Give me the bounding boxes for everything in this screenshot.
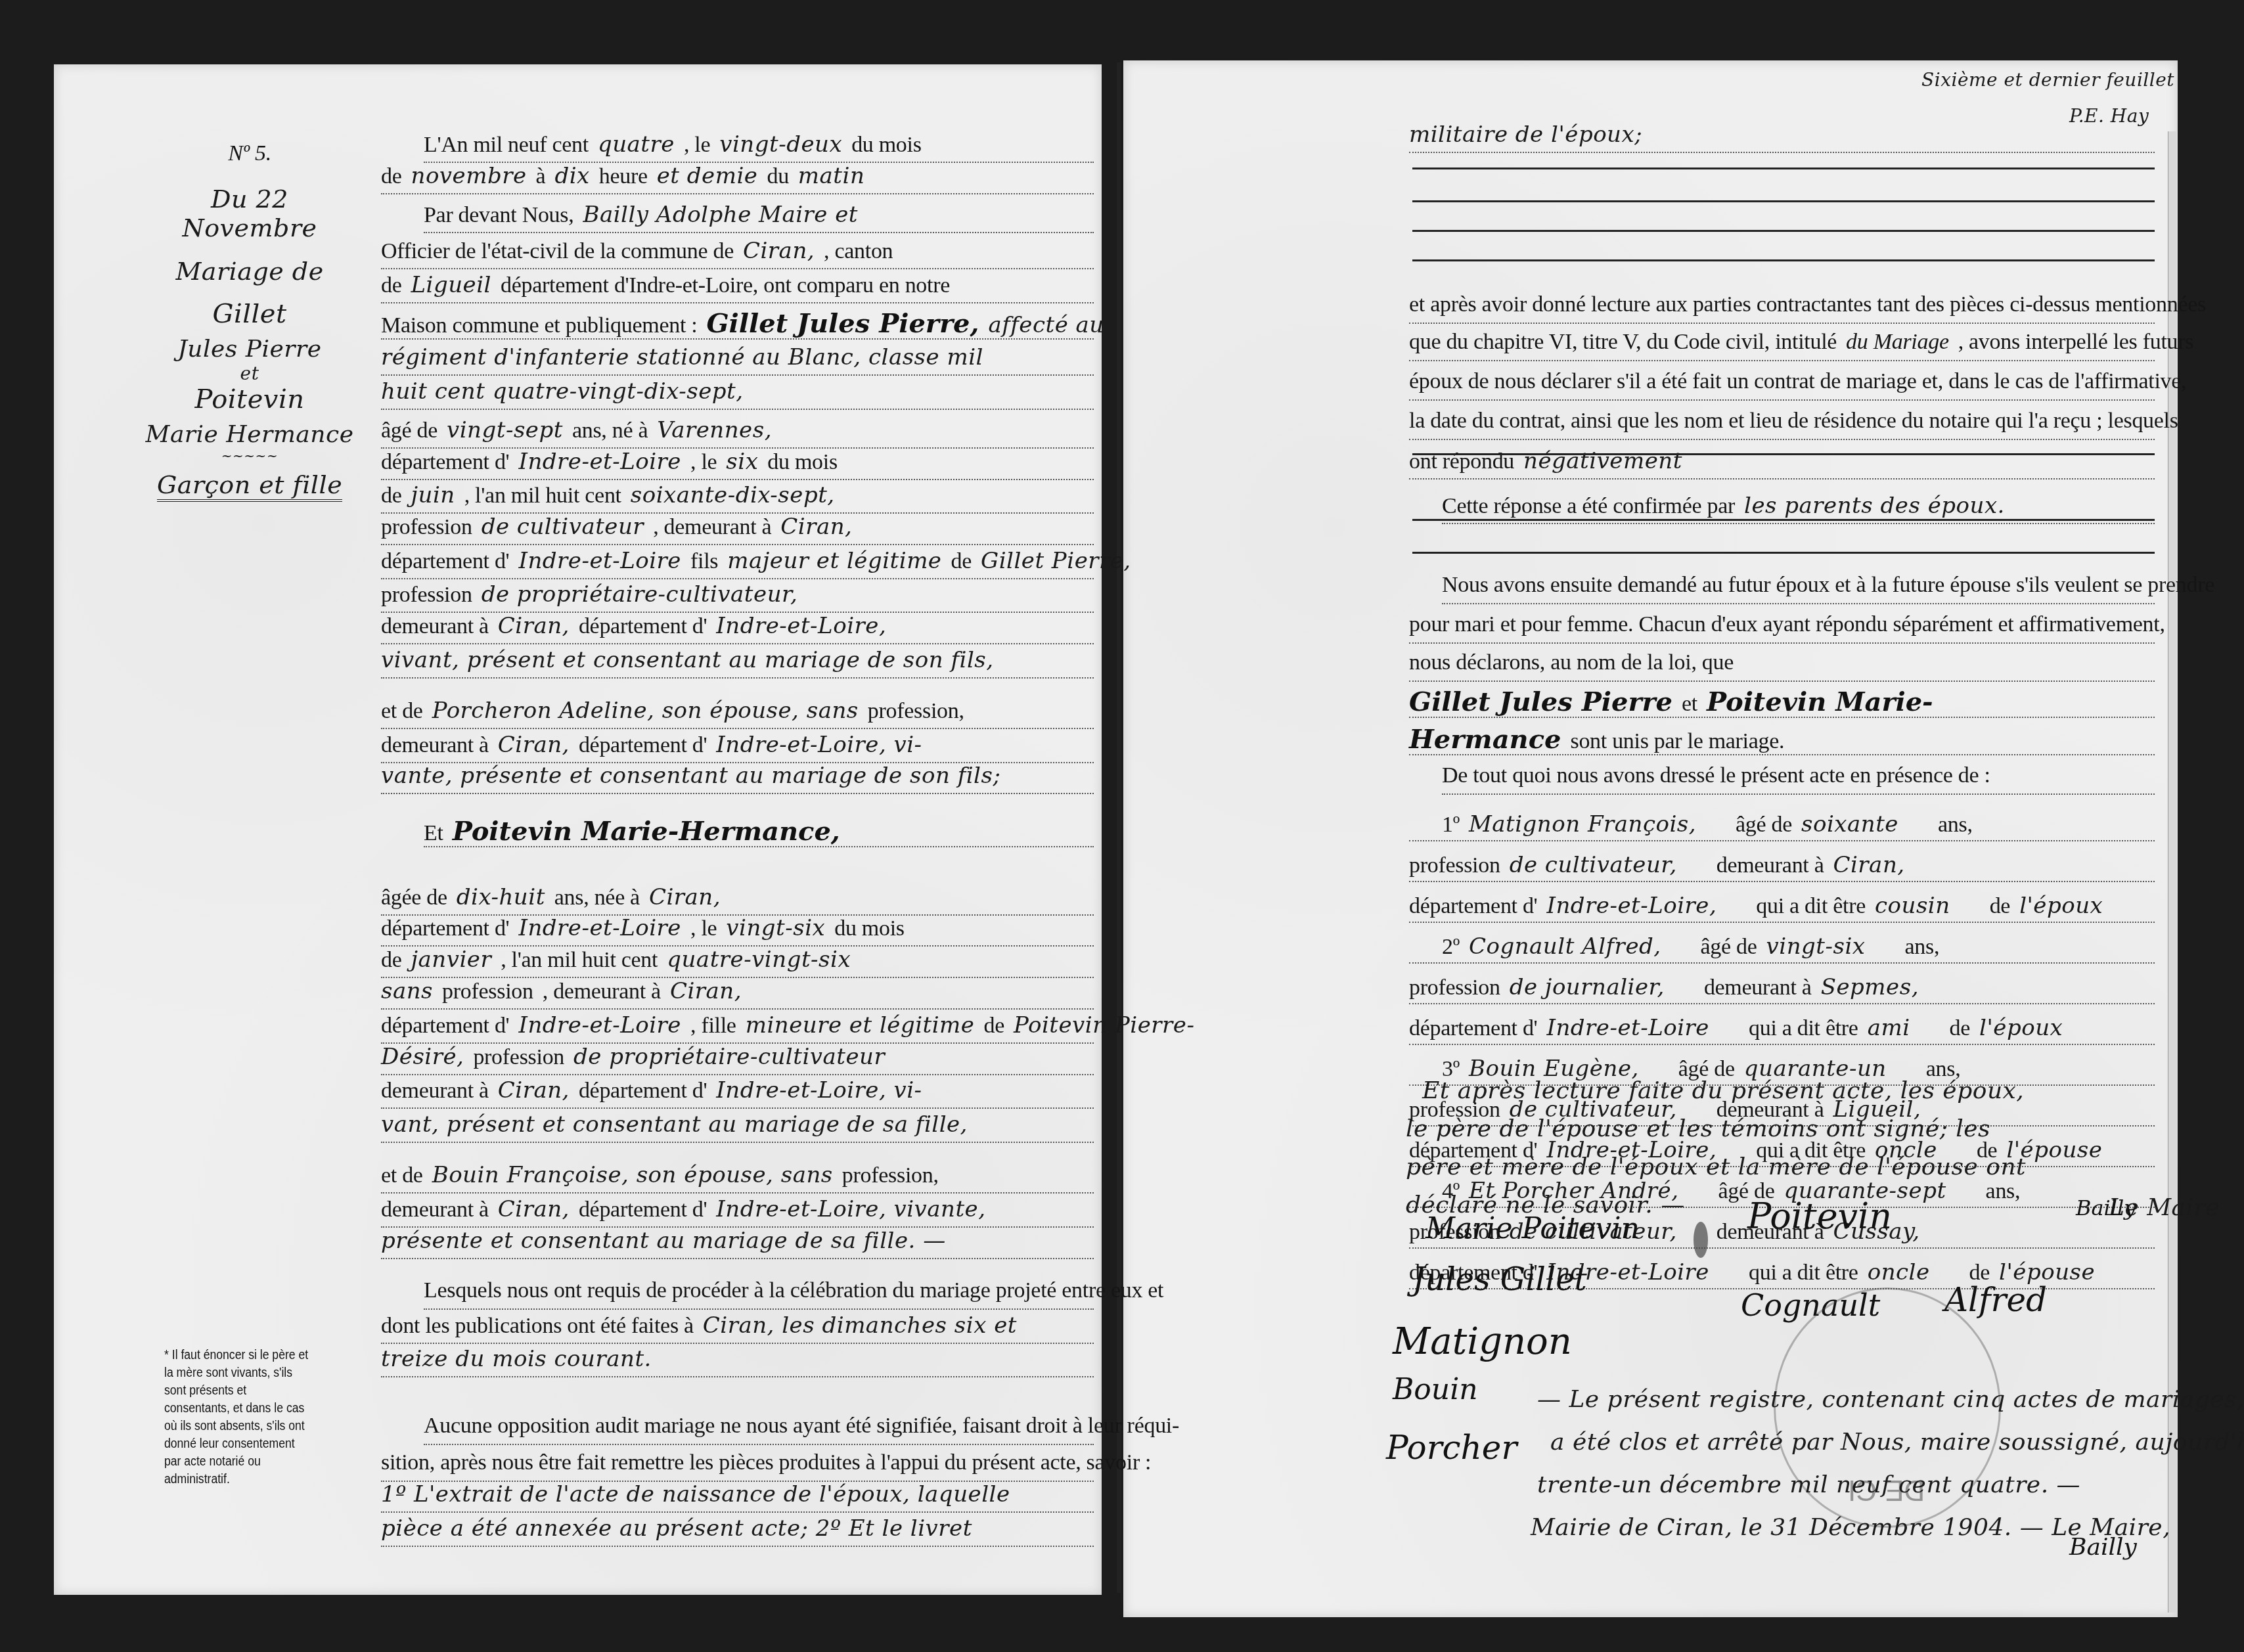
witness-profession: de cultivateur,	[1510, 852, 1677, 878]
printed-text: département d'	[579, 733, 707, 757]
dotted-guide	[381, 1258, 1094, 1259]
blank-rule	[1412, 552, 2155, 554]
form-line: Lesquels nous ont requis de procéder à l…	[424, 1278, 1173, 1303]
signature-jules-gillet: Jules Gillet	[1412, 1261, 1587, 1298]
dotted-guide	[424, 1308, 1094, 1310]
form-line: département d'Indre-et-Loire, lesixdu mo…	[381, 449, 847, 475]
witness-name: Matignon François,	[1469, 811, 1696, 837]
printed-text: âgée de	[381, 885, 447, 910]
form-line: régiment d'infanterie stationné au Blanc…	[381, 344, 993, 370]
printed-text: du mois	[834, 916, 905, 941]
form-line: demeurant àCiran,département d'Indre-et-…	[381, 1077, 931, 1104]
handwritten-entry: Indre-et-Loire, vi-	[716, 1077, 922, 1104]
handwritten-entry: vingt-six	[726, 915, 825, 941]
dotted-guide	[1409, 840, 2155, 841]
handwritten-entry: négativement	[1523, 448, 1682, 474]
handwritten-entry: régiment d'infanterie stationné au Blanc…	[381, 344, 983, 370]
handwritten-entry: soixante-dix-sept,	[631, 482, 835, 508]
dotted-guide	[381, 268, 1094, 269]
handwritten-entry: militaire de l'époux;	[1409, 122, 1642, 148]
witness-row: professionde journalier,demeurant àSepme…	[1409, 974, 1958, 1000]
dotted-guide	[1409, 478, 2155, 480]
margin-conjunction: et	[145, 363, 355, 384]
handwritten-entry: six	[726, 449, 758, 475]
label: département d'	[1409, 894, 1537, 918]
printed-text: de	[381, 948, 402, 972]
handwritten-entry: de propriétaire-cultivateur,	[482, 581, 798, 608]
handwritten-entry: Indre-et-Loire, vivante,	[716, 1196, 985, 1222]
dotted-guide	[1409, 323, 2155, 324]
printed-text: dont les publications ont été faites à	[381, 1314, 694, 1338]
handwritten-entry: Varennes,	[657, 417, 772, 443]
blank-rule	[1412, 259, 2155, 261]
form-line: denovembreàdixheureet demiedumatin	[381, 163, 874, 189]
printed-text: profession,	[842, 1163, 939, 1188]
closing-line: Et après lecture faite du présent acte, …	[1422, 1077, 2024, 1104]
witness-row: 2ºCognault Alfred,âgé devingt-sixans,	[1442, 933, 1948, 960]
label: ans,	[1938, 813, 1973, 837]
label: demeurant à	[1704, 975, 1812, 1000]
margin-title: Mariage de	[145, 257, 355, 286]
printed-text: sition, après nous être fait remettre le…	[381, 1450, 1151, 1475]
printed-text: , l'an mil huit cent	[501, 948, 658, 972]
label: qui a dit être	[1749, 1016, 1858, 1040]
form-line: Aucune opposition audit mariage ne nous …	[424, 1414, 1188, 1439]
printed-text: , demeurant à	[543, 979, 661, 1004]
dotted-guide	[381, 302, 1094, 303]
witness-relation-of: l'époux	[1979, 1015, 2063, 1041]
handwritten-entry: janvier	[411, 947, 492, 973]
handwritten-entry: quatre-vingt-six	[667, 947, 851, 973]
witness-residence: Sepmes,	[1821, 974, 1919, 1000]
printed-text: département d'	[381, 549, 509, 573]
label: ans,	[1904, 935, 1939, 959]
form-line: Hermancesont unis par le mariage.	[1409, 724, 1793, 755]
form-line: que du chapitre VI, titre V, du Code civ…	[1409, 330, 2203, 355]
handwritten-entry: majeur et légitime	[727, 548, 941, 574]
printed-text: du Mariage	[1846, 330, 1949, 354]
handwritten-entry: présente et consentant au mariage de sa …	[381, 1228, 946, 1254]
printed-text: ans, née à	[554, 885, 640, 910]
handwritten-entry: vante, présente et consentant au mariage…	[381, 763, 1000, 789]
printed-text: du mois	[851, 133, 922, 157]
dotted-guide	[381, 677, 1094, 679]
final-signature-bailly: Bailly	[2069, 1534, 2137, 1561]
printed-text: nous déclarons, au nom de la loi, que	[1409, 650, 1734, 675]
form-line: sition, après nous être fait remettre le…	[381, 1450, 1160, 1475]
witness-name: Cognault Alfred,	[1469, 933, 1661, 960]
printed-text: la date du contrat, ainsi que les nom et…	[1409, 409, 2178, 433]
form-line: présente et consentant au mariage de sa …	[381, 1228, 955, 1254]
witness-number: 2º	[1442, 935, 1460, 959]
printed-text: profession,	[868, 699, 964, 723]
closing-line: le père de l'épouse et les témoins ont s…	[1406, 1115, 1990, 1142]
ink-blot	[1694, 1222, 1708, 1258]
form-line: la date du contrat, ainsi que les nom et…	[1409, 409, 2188, 434]
form-line: demeurant àCiran,département d'Indre-et-…	[381, 613, 895, 639]
handwritten-entry: Ciran,	[670, 978, 742, 1004]
form-line: deLigueildépartement d'Indre-et-Loire, o…	[381, 272, 959, 298]
signature-marie-poitevin: Marie Poitevin	[1425, 1212, 1640, 1245]
dotted-guide	[424, 232, 1094, 233]
printed-text: Aucune opposition audit mariage ne nous …	[424, 1414, 1179, 1438]
printed-text: du mois	[767, 450, 838, 474]
handwritten-entry: Gillet Jules Pierre,	[706, 308, 979, 339]
form-line: Officier de l'état-civil de la commune d…	[381, 238, 902, 264]
handwritten-entry: juin	[411, 482, 455, 508]
dotted-guide	[381, 728, 1094, 729]
printed-text: demeurant à	[381, 1079, 489, 1103]
dotted-guide	[381, 1511, 1094, 1513]
printed-text: profession	[381, 515, 472, 539]
witness-department: Indre-et-Loire	[1546, 1015, 1709, 1041]
printed-text: De tout quoi nous avons dressé le présen…	[1442, 763, 1990, 788]
dotted-guide	[1409, 962, 2155, 964]
dotted-guide	[1409, 922, 2155, 923]
handwritten-entry: Ciran, les dimanches six et	[703, 1312, 1017, 1339]
dotted-guide	[1409, 399, 2155, 401]
margin-date: Du 22 Novembre	[145, 185, 355, 242]
dotted-guide	[1409, 717, 2155, 718]
form-line: dejuin, l'an mil huit centsoixante-dix-s…	[381, 482, 844, 508]
handwritten-entry: Indre-et-Loire,	[716, 613, 886, 639]
printed-text: demeurant à	[381, 1197, 489, 1222]
handwritten-entry: Indre-et-Loire, vi-	[716, 732, 922, 758]
form-line: demeurant àCiran,département d'Indre-et-…	[381, 1196, 995, 1222]
dotted-guide	[381, 409, 1094, 410]
margin-bride-given: Marie Hermance	[145, 421, 355, 448]
footnote: * Il faut énoncer si le père et la mère …	[164, 1347, 315, 1488]
form-line: De tout quoi nous avons dressé le présen…	[1442, 763, 2000, 788]
form-line: 1º L'extrait de l'acte de naissance de l…	[381, 1481, 1020, 1507]
margin-groom-surname: Gillet	[145, 299, 355, 329]
printed-text: de	[951, 549, 972, 573]
form-line: pour mari et pour femme. Chacun d'eux ay…	[1409, 612, 2174, 637]
dotted-guide	[381, 1192, 1094, 1194]
corner-note: Sixième et dernier feuillet	[1921, 69, 2174, 91]
printed-text: département d'	[381, 450, 509, 474]
witness-relation: ami	[1868, 1015, 1910, 1041]
dotted-guide	[381, 1546, 1094, 1547]
handwritten-entry: Poitevin Pierre-	[1014, 1012, 1194, 1038]
dotted-guide	[1442, 603, 2155, 604]
label: qui a dit être	[1756, 894, 1866, 918]
form-line: professionde cultivateur, demeurant àCir…	[381, 514, 861, 540]
printed-text: demeurant à	[381, 614, 489, 638]
dotted-guide	[381, 578, 1094, 579]
printed-text: L'An mil neuf cent	[424, 133, 589, 157]
printed-text: Officier de l'état-civil de la commune d…	[381, 239, 734, 263]
witness-age: soixante	[1801, 811, 1898, 837]
printed-text: Lesquels nous ont requis de procéder à l…	[424, 1278, 1163, 1303]
handwritten-entry: pièce a été annexée au présent acte; 2º …	[381, 1515, 972, 1542]
form-line: vante, présente et consentant au mariage…	[381, 763, 1010, 789]
handwritten-entry: Indre-et-Loire	[518, 915, 681, 941]
printed-text: département d'	[381, 1014, 509, 1038]
handwritten-entry: 1º L'extrait de l'acte de naissance de l…	[381, 1481, 1010, 1507]
handwritten-entry: affecté au	[988, 312, 1104, 338]
dotted-guide	[1409, 360, 2155, 361]
form-line: L'An mil neuf centquatre, levingt-deuxdu…	[424, 131, 931, 158]
printed-text: Cette réponse a été confirmée par	[1442, 494, 1735, 518]
printed-text: de	[381, 164, 402, 189]
handwritten-entry: Poitevin Marie-Hermance,	[453, 816, 840, 847]
printed-text: Par devant Nous,	[424, 203, 573, 227]
printed-text: et de	[381, 1163, 423, 1188]
printed-text: du	[767, 164, 788, 189]
printed-text: de	[381, 273, 402, 298]
form-line: Désiré,professionde propriétaire-cultiva…	[381, 1044, 894, 1070]
form-line: âgée dedix-huitans, née àCiran,	[381, 884, 730, 910]
dotted-guide	[424, 1444, 1094, 1445]
dotted-guide	[1409, 642, 2155, 644]
printed-text: et	[1682, 692, 1697, 716]
handwritten-entry: Ligueil	[411, 272, 491, 298]
dotted-guide	[381, 1343, 1094, 1344]
handwritten-entry: et demie	[657, 163, 758, 189]
dotted-guide	[381, 1107, 1094, 1109]
dotted-guide	[381, 1142, 1094, 1143]
form-line: militaire de l'époux;	[1409, 122, 1651, 148]
handwritten-entry: Bouin Françoise, son épouse, sans	[432, 1162, 833, 1188]
closing-line: père et mère de l'époux et la mère de l'…	[1406, 1153, 2026, 1180]
printed-text: et après avoir donné lecture aux parties…	[1409, 292, 2206, 317]
printed-text: de	[983, 1014, 1004, 1038]
witness-row: département d'Indre-et-Loire,qui a dit ê…	[1409, 893, 2142, 919]
handwritten-entry: novembre	[411, 163, 527, 189]
printed-text: ans, né à	[572, 418, 648, 443]
printed-text: Nous avons ensuite demandé au futur épou…	[1442, 573, 2214, 597]
printed-text: à	[536, 164, 546, 189]
dotted-guide	[1442, 523, 2155, 524]
printed-text: et de	[381, 699, 423, 723]
printed-text: Et	[424, 821, 443, 845]
handwritten-entry: Gillet Jules Pierre	[1409, 686, 1672, 717]
form-line: Par devant Nous,Bailly Adolphe Maire et	[424, 202, 867, 228]
form-line: vivant, présent et consentant au mariage…	[381, 647, 1003, 673]
handwritten-entry: les parents des époux.	[1744, 493, 2005, 519]
printed-text: , canton	[824, 239, 893, 263]
printed-text: âgé de	[381, 418, 438, 443]
handwritten-entry: Porcheron Adeline, son épouse, sans	[432, 698, 859, 724]
dotted-guide	[1442, 793, 2155, 795]
witness-number: 1º	[1442, 813, 1460, 837]
handwritten-entry: vivant, présent et consentant au mariage…	[381, 647, 994, 673]
form-line: demeurant àCiran,département d'Indre-et-…	[381, 732, 931, 758]
printed-text: département d'	[381, 916, 509, 941]
margin-groom-given: Jules Pierre	[145, 336, 355, 363]
register-closing-line: trente-un décembre mil neuf cent quatre.…	[1537, 1471, 2080, 1498]
printed-text: , fille	[690, 1014, 736, 1038]
dotted-guide	[381, 1074, 1094, 1075]
signature-matignon: Matignon	[1393, 1320, 1572, 1363]
dotted-guide	[381, 374, 1094, 376]
printed-text: profession	[381, 583, 472, 607]
label: âgé de	[1701, 935, 1757, 959]
handwritten-entry: sans	[381, 978, 433, 1004]
form-line: Nous avons ensuite demandé au futur épou…	[1442, 573, 2224, 598]
margin-entry: Nº 5. Du 22 Novembre Mariage de Gillet J…	[145, 141, 355, 502]
label: profession	[1409, 853, 1500, 878]
blank-rule	[1412, 519, 2155, 521]
margin-status: Garçon et fille	[157, 470, 342, 502]
blank-rule	[1412, 453, 2155, 455]
blank-rule	[1412, 167, 2155, 169]
witness-relation-of: l'époux	[2019, 893, 2103, 919]
handwritten-entry: vingt-sept	[447, 417, 563, 443]
register-closing-line: a été clos et arrêté par Nous, maire sou…	[1550, 1429, 2244, 1456]
act-number: Nº 5.	[145, 141, 355, 166]
handwritten-entry: Ciran,	[498, 613, 570, 639]
dotted-guide	[1409, 1044, 2155, 1045]
witness-department: Indre-et-Loire,	[1546, 893, 1717, 919]
dotted-guide	[381, 338, 1094, 340]
handwritten-entry: Ciran,	[780, 514, 852, 540]
printed-text: département d'Indre-et-Loire, ont compar…	[501, 273, 950, 298]
label: de	[1990, 894, 2011, 918]
handwritten-entry: matin	[798, 163, 864, 189]
handwritten-entry: dix	[554, 163, 589, 189]
form-line: EtPoitevin Marie-Hermance,	[424, 816, 849, 847]
witness-age: vingt-six	[1766, 933, 1866, 960]
witness-row: professionde cultivateur,demeurant àCira…	[1409, 852, 1944, 878]
register-closing-line: — Le présent registre, contenant cinq ac…	[1537, 1386, 2244, 1413]
dotted-guide	[1409, 152, 2155, 153]
margin-bride-surname: Poitevin	[145, 384, 355, 414]
printed-text: époux de nous déclarer s'il a été fait u…	[1409, 369, 2186, 393]
dotted-guide	[1409, 681, 2155, 682]
printed-text: de	[381, 483, 402, 508]
form-line: âgé devingt-septans, né àVarennes,	[381, 417, 781, 443]
witness-row: 1ºMatignon François,âgé desoixanteans,	[1442, 811, 1982, 837]
signature-poitevin: Poitevin	[1747, 1195, 1892, 1237]
handwritten-entry: huit cent quatre-vingt-dix-sept,	[381, 378, 744, 405]
witness-profession: de journalier,	[1510, 974, 1665, 1000]
signature-bouin: Bouin	[1393, 1373, 1478, 1406]
handwritten-entry: de propriétaire-cultivateur	[573, 1044, 885, 1070]
label: profession	[1409, 975, 1500, 1000]
form-line: département d'Indre-et-Loirefilsmajeur e…	[381, 548, 1140, 574]
handwritten-entry: Indre-et-Loire	[518, 449, 681, 475]
handwritten-entry: Ciran,	[498, 732, 570, 758]
signature-alfred: Alfred	[1944, 1281, 2047, 1319]
dotted-guide	[381, 1376, 1094, 1377]
form-line: et après avoir donné lecture aux parties…	[1409, 292, 2215, 317]
dotted-guide	[1409, 1003, 2155, 1004]
printed-text: fils	[690, 549, 718, 573]
form-line: Gillet Jules PierreetPoitevin Marie-	[1409, 686, 1942, 717]
dotted-guide	[1409, 1247, 2155, 1249]
form-line: pièce a été annexée au présent acte; 2º …	[381, 1515, 981, 1542]
form-line: vant, présent et consentant au mariage d…	[381, 1111, 977, 1138]
label: département d'	[1409, 1016, 1537, 1040]
printed-text: département d'	[579, 1197, 707, 1222]
handwritten-entry: Ciran,	[649, 884, 721, 910]
form-line: professionde propriétaire-cultivateur,	[381, 581, 807, 608]
printed-text: sont unis par le mariage.	[1570, 729, 1784, 753]
dotted-guide	[1409, 754, 2155, 755]
dotted-guide	[381, 544, 1094, 545]
printed-text: pour mari et pour femme. Chacun d'eux ay…	[1409, 612, 2165, 636]
label: âgé de	[1736, 813, 1792, 837]
label: demeurant à	[1717, 853, 1824, 878]
printed-text: , le	[690, 450, 717, 474]
form-line: sansprofession, demeurant àCiran,	[381, 978, 751, 1004]
handwritten-entry: vingt-deux	[719, 131, 842, 158]
printed-text: profession	[442, 979, 533, 1004]
form-line: département d'Indre-et-Loire, fillemineu…	[381, 1012, 1203, 1038]
handwritten-entry: de cultivateur	[482, 514, 644, 540]
printed-text: Maison commune et publiquement :	[381, 313, 697, 338]
dotted-guide	[1409, 881, 2155, 882]
form-line: huit cent quatre-vingt-dix-sept,	[381, 378, 753, 405]
handwritten-entry: dix-huit	[457, 884, 545, 910]
dotted-guide	[381, 793, 1094, 794]
handwritten-entry: Bailly Adolphe Maire et	[583, 202, 858, 228]
handwritten-entry: vant, présent et consentant au mariage d…	[381, 1111, 968, 1138]
form-line: nous déclarons, au nom de la loi, que	[1409, 650, 1743, 675]
form-line: dejanvier, l'an mil huit centquatre-ving…	[381, 947, 860, 973]
book-binding	[1117, 62, 1121, 1593]
dotted-guide	[424, 846, 1094, 847]
printed-text: que du chapitre VI, titre V, du Code civ…	[1409, 330, 1837, 354]
form-line: département d'Indre-et-Loire, levingt-si…	[381, 915, 914, 941]
form-line: Cette réponse a été confirmée parles par…	[1442, 493, 2014, 519]
printed-text: heure	[599, 164, 648, 189]
printed-text: , avons interpellé les futurs	[1958, 330, 2194, 354]
form-line: Maison commune et publiquement :Gillet J…	[381, 308, 1113, 339]
handwritten-entry: mineure et légitime	[746, 1012, 975, 1038]
printed-text: , le	[690, 916, 717, 941]
printed-text: demeurant à	[381, 733, 489, 757]
form-line: ont répondunégativement	[1409, 448, 1692, 474]
printed-text: département d'	[579, 1079, 707, 1103]
witness-relation: oncle	[1868, 1259, 1930, 1285]
blank-rule	[1412, 200, 2155, 202]
handwritten-entry: Gillet Pierre,	[981, 548, 1131, 574]
printed-text: , l'an mil huit cent	[464, 483, 621, 508]
handwritten-entry: Indre-et-Loire	[518, 548, 681, 574]
handwritten-entry: Ciran,	[743, 238, 815, 264]
handwritten-entry: treize du mois courant.	[381, 1346, 652, 1372]
dotted-guide	[1409, 439, 2155, 440]
label: de	[1950, 1016, 1971, 1040]
label: qui a dit être	[1749, 1261, 1858, 1285]
handwritten-entry: quatre	[598, 131, 675, 158]
signature-bailly: Bailly	[2076, 1195, 2136, 1220]
handwritten-entry: Hermance	[1409, 724, 1561, 755]
corner-initials: P.E. Hay	[2069, 105, 2149, 127]
printed-text: profession	[473, 1045, 564, 1069]
witness-row: département d'Indre-et-Loirequi a dit êt…	[1409, 1015, 2102, 1041]
handwritten-entry: Indre-et-Loire	[518, 1012, 681, 1038]
handwritten-entry: Poitevin Marie-	[1707, 686, 1933, 717]
label: ans,	[1986, 1179, 2021, 1203]
printed-text: département d'	[579, 614, 707, 638]
dotted-guide	[381, 193, 1094, 194]
blank-rule	[1412, 230, 2155, 232]
printed-text: , le	[684, 133, 710, 157]
handwritten-entry: Ciran,	[498, 1077, 570, 1104]
witness-relation: cousin	[1875, 893, 1950, 919]
form-line: et deBouin Françoise, son épouse, sanspr…	[381, 1162, 948, 1188]
handwritten-entry: Désiré,	[381, 1044, 464, 1070]
dotted-guide	[381, 1008, 1094, 1010]
witness-residence: Ciran,	[1833, 852, 1904, 878]
form-line: époux de nous déclarer s'il a été fait u…	[1409, 369, 2195, 394]
dotted-guide	[381, 479, 1094, 480]
form-line: treize du mois courant.	[381, 1346, 661, 1372]
